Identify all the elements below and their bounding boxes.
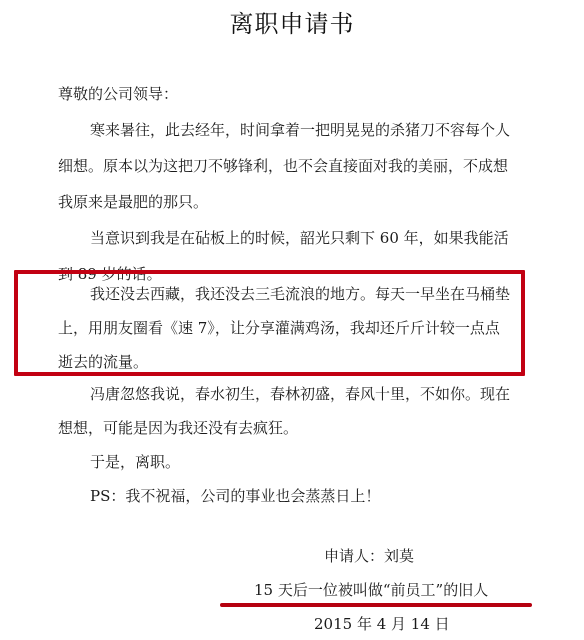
- paragraph-1-line-2: 细想。原本以为这把刀不够锋利，也不会直接面对我的美丽，不成想: [58, 156, 508, 176]
- paragraph-ps: PS：我不祝福，公司的事业也会蒸蒸日上！: [90, 486, 380, 506]
- paragraph-3-line-3: 逝去的流量。: [58, 352, 148, 372]
- paragraph-5: 于是，离职。: [90, 452, 180, 472]
- paragraph-1-line-1: 寒来暑往，此去经年，时间拿着一把明晃晃的杀猪刀不容每个人: [90, 120, 510, 140]
- paragraph-4-line-2: 想想，可能是因为我还没有去疯狂。: [58, 418, 298, 438]
- paragraph-1-line-3: 我原来是最肥的那只。: [58, 192, 208, 212]
- paragraph-3-line-2: 上，用朋友圈看《速 7》，让分享灌满鸡汤，我却还斤斤计较一点点: [58, 318, 500, 338]
- paragraph-3-line-1: 我还没去西藏，我还没去三毛流浪的地方。每天一早坐在马桶垫: [90, 284, 510, 304]
- paragraph-4-line-1: 冯唐忽悠我说，春水初生，春林初盛，春风十里，不如你。现在: [90, 384, 510, 404]
- red-underline: [220, 603, 532, 607]
- paragraph-2-line-1: 当意识到我是在砧板上的时候，韶光只剩下 60 年，如果我能活: [90, 228, 509, 248]
- signature-date: 2015 年 4 月 14 日: [314, 614, 450, 634]
- salutation: 尊敬的公司领导：: [58, 84, 178, 104]
- document-title: 离职申请书: [0, 4, 584, 39]
- applicant-description: 15 天后一位被叫做“前员工”的旧人: [254, 580, 488, 600]
- applicant-name: 申请人：刘莫: [324, 546, 414, 566]
